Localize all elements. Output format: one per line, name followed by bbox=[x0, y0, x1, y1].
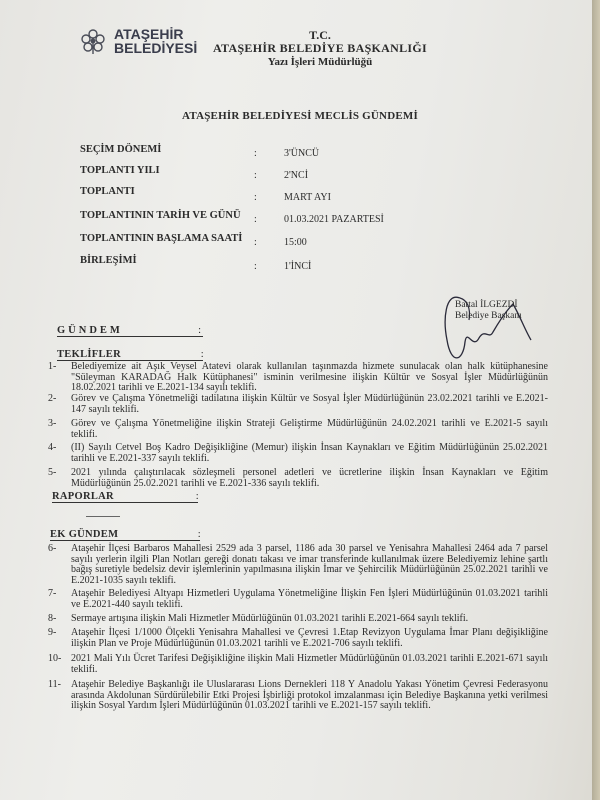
meta-label: SEÇİM DÖNEMİ bbox=[80, 144, 161, 155]
meta-colon: : bbox=[254, 170, 257, 181]
agenda-item: 3- Görev ve Çalışma Yönetmeliğine ilişki… bbox=[48, 419, 548, 440]
signature-block: Battal İLGEZDİ Belediye Başkanı bbox=[455, 300, 522, 322]
item-number: 4- bbox=[48, 443, 68, 454]
document-title: ATAŞEHİR BELEDİYESİ MECLİS GÜNDEMİ bbox=[100, 110, 500, 122]
section-colon: : bbox=[201, 349, 204, 360]
item-number: 1- bbox=[48, 362, 68, 373]
section-colon: : bbox=[196, 491, 199, 502]
meta-value: 2'NCİ bbox=[284, 170, 308, 181]
item-text: 2021 Mali Yılı Ücret Tarifesi Değişikliğ… bbox=[71, 654, 548, 675]
item-number: 7- bbox=[48, 589, 68, 600]
meta-colon: : bbox=[254, 261, 257, 272]
meta-value: 01.03.2021 PAZARTESİ bbox=[284, 214, 384, 225]
meta-colon: : bbox=[254, 214, 257, 225]
agenda-item: 6- Ataşehir İlçesi Barbaros Mahallesi 25… bbox=[48, 544, 548, 586]
section-heading: RAPORLAR bbox=[52, 491, 114, 502]
meta-colon: : bbox=[254, 237, 257, 248]
agenda-item: 4- (II) Sayılı Cetvel Boş Kadro Değişikl… bbox=[48, 443, 548, 464]
meta-value: 1'İNCİ bbox=[284, 261, 311, 272]
meta-value: 15:00 bbox=[284, 237, 307, 248]
agenda-item: 11- Ataşehir Belediye Başkanlığı ile Ulu… bbox=[48, 680, 548, 712]
section-heading: EK GÜNDEM bbox=[50, 529, 118, 540]
meta-label: TOPLANTI YILI bbox=[80, 165, 160, 176]
meta-value: 3'ÜNCÜ bbox=[284, 148, 319, 159]
section-heading: TEKLİFLER bbox=[57, 349, 121, 360]
meta-label: TOPLANTI bbox=[80, 186, 135, 197]
item-text: Görev ve Çalışma Yönetmeliğine ilişkin S… bbox=[71, 419, 548, 440]
item-text: 2021 yılında çalıştırılacak sözleşmeli p… bbox=[71, 468, 548, 489]
item-text: (II) Sayılı Cetvel Boş Kadro Değişikliği… bbox=[71, 443, 548, 464]
signatory-name: Battal İLGEZDİ bbox=[455, 300, 522, 311]
agenda-item: 10- 2021 Mali Yılı Ücret Tarifesi Değişi… bbox=[48, 654, 548, 675]
item-text: Sermaye artışına ilişkin Mali Hizmetler … bbox=[71, 614, 548, 625]
item-number: 2- bbox=[48, 394, 68, 405]
agenda-item: 2- Görev ve Çalışma Yönetmeliği tadilatı… bbox=[48, 394, 548, 415]
item-text: Ataşehir İlçesi 1/1000 Ölçekli Yenisahra… bbox=[71, 628, 548, 649]
agenda-item: 9- Ataşehir İlçesi 1/1000 Ölçekli Yenisa… bbox=[48, 628, 548, 649]
item-text: Belediyemize ait Aşık Veysel Atatevi ola… bbox=[71, 362, 548, 394]
item-number: 8- bbox=[48, 614, 68, 625]
meta-colon: : bbox=[254, 148, 257, 159]
agenda-item: 1- Belediyemize ait Aşık Veysel Atatevi … bbox=[48, 362, 548, 394]
section-raporlar: RAPORLAR : bbox=[52, 491, 198, 503]
agenda-item: 8- Sermaye artışına ilişkin Mali Hizmetl… bbox=[48, 614, 548, 625]
item-text: Ataşehir Belediyesi Altyapı Hizmetleri U… bbox=[71, 589, 548, 610]
header-institution: ATAŞEHİR BELEDİYE BAŞKANLIĞI bbox=[160, 41, 480, 56]
signatory-role: Belediye Başkanı bbox=[455, 311, 522, 322]
item-number: 3- bbox=[48, 419, 68, 430]
header-department: Yazı İşleri Müdürlüğü bbox=[160, 56, 480, 68]
paper-edge bbox=[592, 0, 600, 800]
meta-label: BİRLEŞİMİ bbox=[80, 255, 137, 266]
meta-value: MART AYI bbox=[284, 192, 331, 203]
flower-emblem-icon bbox=[78, 26, 108, 56]
section-colon: : bbox=[198, 325, 204, 336]
item-text: Ataşehir Belediye Başkanlığı ile Uluslar… bbox=[71, 680, 548, 712]
section-gundem: GÜNDEM : bbox=[57, 325, 203, 337]
item-text: Ataşehir İlçesi Barbaros Mahallesi 2529 … bbox=[71, 544, 548, 586]
item-number: 5- bbox=[48, 468, 68, 479]
meta-label: TOPLANTININ BAŞLAMA SAATİ bbox=[80, 233, 242, 244]
section-teklifler: TEKLİFLER : bbox=[57, 349, 203, 361]
agenda-item: 5- 2021 yılında çalıştırılacak sözleşmel… bbox=[48, 468, 548, 489]
meta-colon: : bbox=[254, 192, 257, 203]
document-page: ATAŞEHİR BELEDİYESİ T.C. ATAŞEHİR BELEDİ… bbox=[0, 0, 596, 800]
item-number: 9- bbox=[48, 628, 68, 639]
item-number: 11- bbox=[48, 680, 68, 691]
section-ek-gundem: EK GÜNDEM : bbox=[50, 529, 200, 541]
empty-placeholder-line bbox=[86, 516, 120, 517]
item-text: Görev ve Çalışma Yönetmeliği tadilatına … bbox=[71, 394, 548, 415]
item-number: 6- bbox=[48, 544, 68, 555]
meta-label: TOPLANTININ TARİH VE GÜNÜ bbox=[80, 210, 241, 221]
item-number: 10- bbox=[48, 654, 68, 665]
agenda-item: 7- Ataşehir Belediyesi Altyapı Hizmetler… bbox=[48, 589, 548, 610]
section-colon: : bbox=[198, 529, 201, 540]
section-heading: GÜNDEM bbox=[57, 325, 123, 336]
